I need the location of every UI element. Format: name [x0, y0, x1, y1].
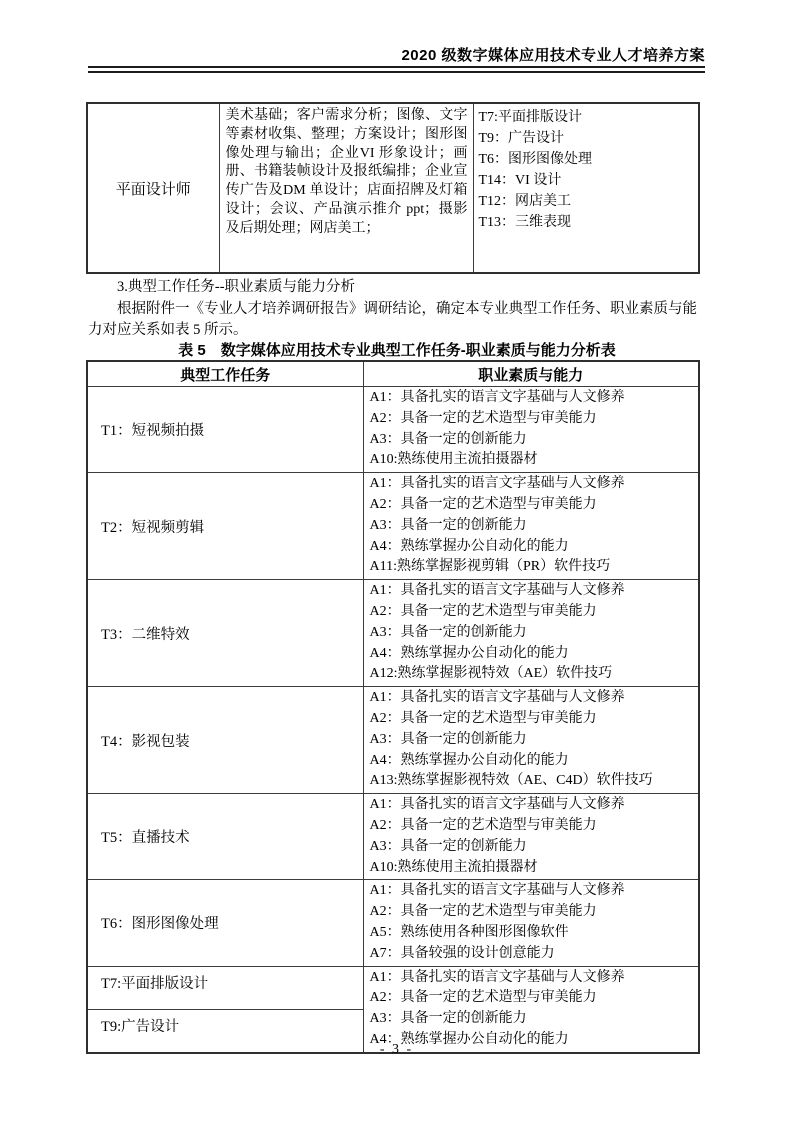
ability-cell: A1：具备扎实的语言文字基础与人文修养 A2：具备一定的艺术造型与审美能力 A3… [363, 687, 699, 794]
page-number: - 3 - [0, 1042, 793, 1058]
ability-line: A3：具备一定的创新能力 [370, 623, 695, 644]
task-code-line: T9：广告设计 [479, 128, 695, 149]
task-cell: T2：短视频剪辑 [87, 473, 363, 580]
ability-line: A11:熟练掌握影视剪辑（PR）软件技巧 [370, 557, 695, 578]
ability-line: A1：具备扎实的语言文字基础与人文修养 [370, 968, 695, 989]
task-row: T2：短视频剪辑 A1：具备扎实的语言文字基础与人文修养 A2：具备一定的艺术造… [87, 473, 699, 580]
job-table-row: 平面设计师 美术基础；客户需求分析；图像、文字等素材收集、整理；方案设计；图形图… [87, 103, 699, 273]
ability-line: A4：熟练掌握办公自动化的能力 [370, 644, 695, 665]
ability-line: A2：具备一定的艺术造型与审美能力 [370, 816, 695, 837]
ability-column-header: 职业素质与能力 [363, 361, 699, 387]
ability-line: A4：熟练掌握办公自动化的能力 [370, 751, 695, 772]
analysis-table: 典型工作任务 职业素质与能力 T1：短视频拍摄 A1：具备扎实的语言文字基础与人… [86, 360, 700, 1054]
task-row: T4：影视包装 A1：具备扎实的语言文字基础与人文修养 A2：具备一定的艺术造型… [87, 687, 699, 794]
ability-cell: A1：具备扎实的语言文字基础与人文修养 A2：具备一定的艺术造型与审美能力 A3… [363, 794, 699, 880]
section-text: 3.典型工作任务--职业素质与能力分析 根据附件一《专业人才培养调研报告》调研结… [88, 277, 706, 342]
task-code-line: T6：图形图像处理 [479, 149, 695, 170]
ability-line: A12:熟练掌握影视特效（AE）软件技巧 [370, 664, 695, 685]
ability-line: A5：熟练使用各种图形图像软件 [370, 923, 695, 944]
ability-cell: A1：具备扎实的语言文字基础与人文修养 A2：具备一定的艺术造型与审美能力 A3… [363, 580, 699, 687]
ability-line: A1：具备扎实的语言文字基础与人文修养 [370, 795, 695, 816]
ability-line: A2：具备一定的艺术造型与审美能力 [370, 495, 695, 516]
ability-line: A3：具备一定的创新能力 [370, 1009, 695, 1030]
ability-line: A7：具备较强的设计创意能力 [370, 944, 695, 965]
ability-line: A2：具备一定的艺术造型与审美能力 [370, 602, 695, 623]
job-task-table: 平面设计师 美术基础；客户需求分析；图像、文字等素材收集、整理；方案设计；图形图… [86, 102, 700, 274]
ability-line: A3：具备一定的创新能力 [370, 516, 695, 537]
ability-line: A1：具备扎实的语言文字基础与人文修养 [370, 388, 695, 409]
header-double-rule [88, 66, 705, 73]
job-duties-cell: 美术基础；客户需求分析；图像、文字等素材收集、整理；方案设计；图形图像处理与输出… [219, 103, 473, 273]
task-cell: T6：图形图像处理 [87, 880, 363, 966]
task-code-line: T14：VI 设计 [479, 170, 695, 191]
ability-cell: A1：具备扎实的语言文字基础与人文修养 A2：具备一定的艺术造型与审美能力 A3… [363, 473, 699, 580]
ability-line: A2：具备一定的艺术造型与审美能力 [370, 709, 695, 730]
task-row: T1：短视频拍摄 A1：具备扎实的语言文字基础与人文修养 A2：具备一定的艺术造… [87, 387, 699, 473]
ability-line: A1：具备扎实的语言文字基础与人文修养 [370, 688, 695, 709]
ability-line: A13:熟练掌握影视特效（AE、C4D）软件技巧 [370, 771, 695, 792]
task-cell: T5：直播技术 [87, 794, 363, 880]
section-heading: 3.典型工作任务--职业素质与能力分析 [88, 277, 706, 299]
ability-line: A10:熟练使用主流拍摄器材 [370, 450, 695, 471]
job-name-cell: 平面设计师 [87, 103, 219, 273]
job-codes-cell: T7:平面排版设计 T9：广告设计 T6：图形图像处理 T14：VI 设计 T1… [473, 103, 699, 273]
ability-line: A3：具备一定的创新能力 [370, 837, 695, 858]
ability-line: A2：具备一定的艺术造型与审美能力 [370, 409, 695, 430]
task-code-line: T7:平面排版设计 [479, 107, 695, 128]
task-cell: T7:平面排版设计 [87, 966, 363, 1009]
ability-line: A10:熟练使用主流拍摄器材 [370, 858, 695, 879]
task-cell: T1：短视频拍摄 [87, 387, 363, 473]
document-page: 2020 级数字媒体应用技术专业人才培养方案 平面设计师 美术基础；客户需求分析… [0, 0, 793, 1122]
table-caption: 表 5 数字媒体应用技术专业典型工作任务-职业素质与能力分析表 [88, 339, 706, 360]
ability-line: A3：具备一定的创新能力 [370, 730, 695, 751]
ability-line: A1：具备扎实的语言文字基础与人文修养 [370, 881, 695, 902]
task-cell: T4：影视包装 [87, 687, 363, 794]
task-row: T7:平面排版设计 A1：具备扎实的语言文字基础与人文修养 A2：具备一定的艺术… [87, 966, 699, 1009]
task-row: T6：图形图像处理 A1：具备扎实的语言文字基础与人文修养 A2：具备一定的艺术… [87, 880, 699, 966]
task-code-line: T12：网店美工 [479, 191, 695, 212]
task-cell: T3：二维特效 [87, 580, 363, 687]
task-row: T3：二维特效 A1：具备扎实的语言文字基础与人文修养 A2：具备一定的艺术造型… [87, 580, 699, 687]
task-code-line: T13：三维表现 [479, 212, 695, 233]
ability-line: A3：具备一定的创新能力 [370, 430, 695, 451]
ability-cell: A1：具备扎实的语言文字基础与人文修养 A2：具备一定的艺术造型与审美能力 A3… [363, 387, 699, 473]
task-column-header: 典型工作任务 [87, 361, 363, 387]
header-title: 2020 级数字媒体应用技术专业人才培养方案 [401, 44, 705, 65]
ability-cell: A1：具备扎实的语言文字基础与人文修养 A2：具备一定的艺术造型与审美能力 A5… [363, 880, 699, 966]
ability-line: A2：具备一定的艺术造型与审美能力 [370, 902, 695, 923]
ability-line: A1：具备扎实的语言文字基础与人文修养 [370, 474, 695, 495]
task-row: T5：直播技术 A1：具备扎实的语言文字基础与人文修养 A2：具备一定的艺术造型… [87, 794, 699, 880]
analysis-header-row: 典型工作任务 职业素质与能力 [87, 361, 699, 387]
ability-cell: A1：具备扎实的语言文字基础与人文修养 A2：具备一定的艺术造型与审美能力 A3… [363, 966, 699, 1053]
section-paragraph: 根据附件一《专业人才培养调研报告》调研结论，确定本专业典型工作任务、职业素质与能… [88, 299, 706, 342]
ability-line: A4：熟练掌握办公自动化的能力 [370, 537, 695, 558]
ability-line: A2：具备一定的艺术造型与审美能力 [370, 988, 695, 1009]
ability-line: A1：具备扎实的语言文字基础与人文修养 [370, 581, 695, 602]
